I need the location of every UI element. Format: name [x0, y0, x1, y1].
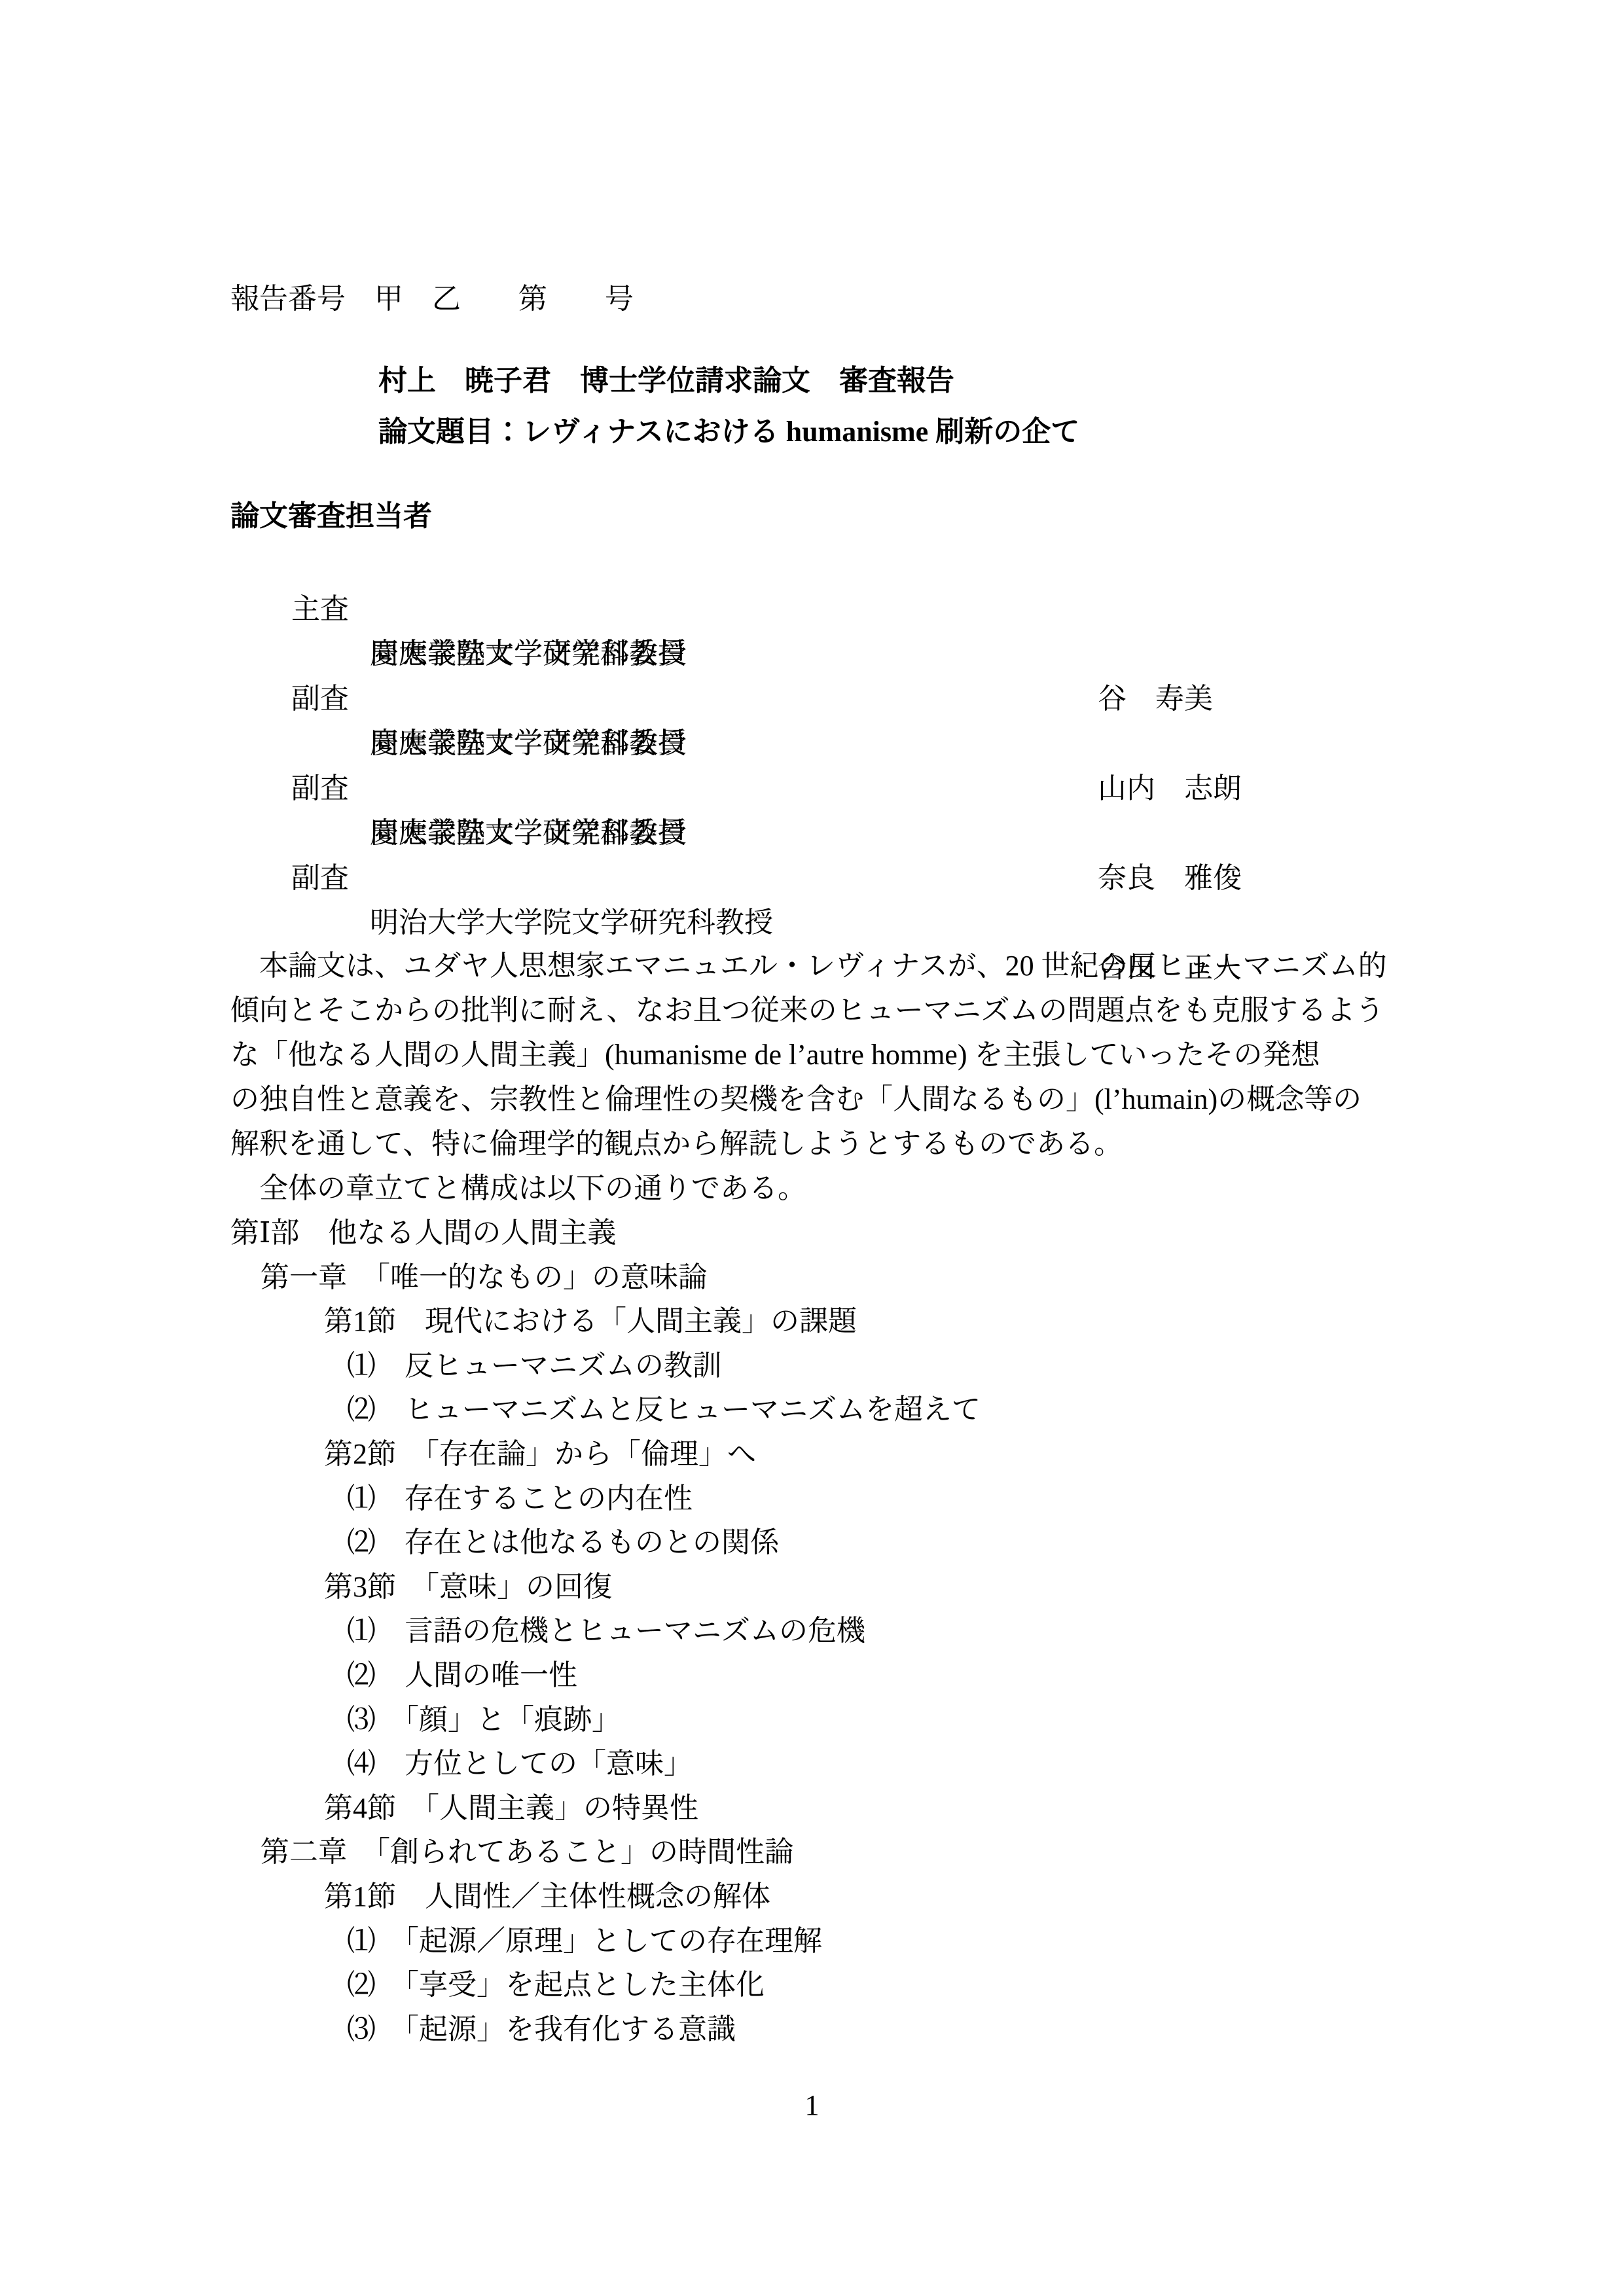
report-page: 報告番号 甲 乙 第 号 村上 暁子君 博士学位請求論文 審査報告 論文題目：レ…: [0, 0, 1624, 2296]
outline-line: ⑵ 「享受」を起点とした主体化: [230, 1963, 981, 2007]
page-number: 1: [0, 2083, 1624, 2128]
committee-affiliation: 明治大学大学院文学研究科教授: [370, 901, 773, 946]
abstract-line: 解釈を通して、特に倫理学的観点から解読しようとするものである。: [230, 1122, 1422, 1166]
committee-row: 副査 慶應義塾大学文学部教授 奈良 雅俊: [0, 721, 1624, 766]
outline-line: 第4節 「人間主義」の特異性: [230, 1786, 981, 1831]
title-block: 村上 暁子君 博士学位請求論文 審査報告 論文題目：レヴィナスにおける huma…: [378, 355, 1079, 457]
outline-line: 第一章 「唯一的なもの」の意味論: [230, 1255, 981, 1300]
chapter-outline: 第Ⅰ部 他なる人間の人間主義第一章 「唯一的なもの」の意味論第1節 現代における…: [230, 1211, 981, 2051]
outline-line: ⑵ 人間の唯一性: [230, 1653, 981, 1698]
outline-line: ⑷ 方位としての「意味」: [230, 1742, 981, 1786]
committee-member-name: 奈良 雅俊: [1098, 856, 1242, 901]
committee-row: 同大学院文学研究科委員: [0, 587, 1624, 632]
outline-line: ⑵ 存在とは他なるものとの関係: [230, 1520, 981, 1565]
committee-role: 副査: [291, 856, 349, 901]
committee-row: 副査 慶應義塾大学文学部教授 山内 志朗: [0, 632, 1624, 677]
committee-row: 同大学院文学研究科委員: [0, 766, 1624, 812]
abstract-paragraph: 本論文は、ユダヤ人思想家エマニュエル・レヴィナスが、20 世紀の反ヒューマニズム…: [230, 944, 1422, 1166]
outline-line: 第Ⅰ部 他なる人間の人間主義: [230, 1211, 981, 1255]
thesis-title: 論文題目：レヴィナスにおける humanisme 刷新の企て: [378, 406, 1079, 457]
outline-line: ⑴ 反ヒューマニズムの教訓: [230, 1344, 981, 1388]
outline-line: 第1節 人間性／主体性概念の解体: [230, 1874, 981, 1919]
outline-line: 第1節 現代における「人間主義」の課題: [230, 1299, 981, 1344]
outline-line: ⑶ 「顔」と「痕跡」: [230, 1698, 981, 1742]
outline-line: ⑴ 存在することの内在性: [230, 1477, 981, 1521]
outline-line: ⑴ 言語の危機とヒューマニズムの危機: [230, 1609, 981, 1653]
structure-intro: 全体の章立てと構成は以下の通りである。: [230, 1166, 806, 1211]
outline-line: 第二章 「創られてあること」の時間性論: [230, 1830, 981, 1874]
abstract-line: 傾向とそこからの批判に耐え、なお且つ従来のヒューマニズムの問題点をも克服するよう: [230, 988, 1422, 1033]
committee-row: 同大学院文学研究科委員: [0, 677, 1624, 722]
outline-line: ⑶ 「起源」を我有化する意識: [230, 2007, 981, 2052]
outline-line: 第2節 「存在論」から「倫理」へ: [230, 1432, 981, 1477]
outline-line: ⑴ 「起源／原理」としての存在理解: [230, 1919, 981, 1964]
committee-list: 主査 慶應義塾大学文学部教授 谷 寿美 同大学院文学研究科委員 副査 慶應義塾大…: [0, 542, 1624, 856]
abstract-line: 本論文は、ユダヤ人思想家エマニュエル・レヴィナスが、20 世紀の反ヒューマニズム…: [230, 944, 1422, 988]
outline-line: 第3節 「意味」の回復: [230, 1565, 981, 1609]
committee-heading: 論文審査担当者: [230, 494, 432, 539]
report-number-line: 報告番号 甲 乙 第 号: [230, 277, 634, 321]
committee-row: 副査 明治大学大学院文学研究科教授 合田 正人: [0, 811, 1624, 856]
outline-line: ⑵ ヒューマニズムと反ヒューマニズムを超えて: [230, 1388, 981, 1432]
document-title: 村上 暁子君 博士学位請求論文 審査報告: [378, 355, 1079, 406]
committee-row: 主査 慶應義塾大学文学部教授 谷 寿美: [0, 542, 1624, 587]
abstract-line: の独自性と意義を、宗教性と倫理性の契機を含む「人間なるもの」(l’humain)…: [230, 1077, 1422, 1122]
abstract-line: な「他なる人間の人間主義」(humanisme de l’autre homme…: [230, 1033, 1422, 1077]
